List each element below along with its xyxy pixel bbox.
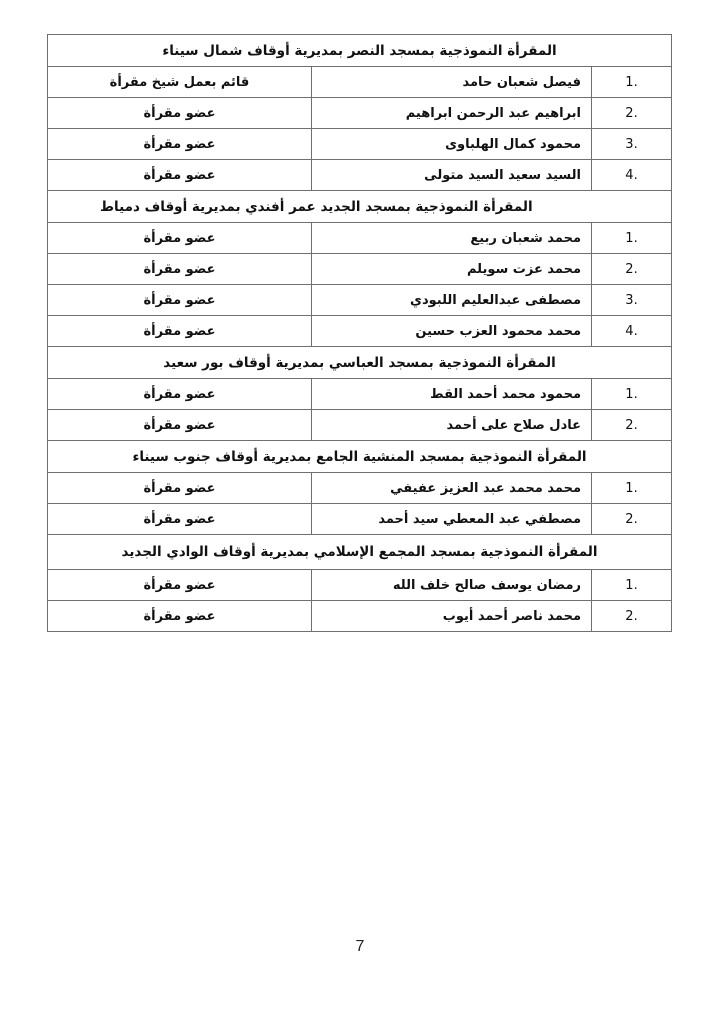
member-name: عادل صلاح على أحمد — [312, 410, 592, 441]
member-role-text: عضو مقرأة — [105, 324, 255, 339]
member-role-text: عضو مقرأة — [105, 168, 255, 183]
table-row: 3. مصطفى عبدالعليم اللبودي عضو مقرأة — [48, 285, 672, 316]
member-role-text: عضو مقرأة — [105, 512, 255, 527]
member-name: محمد شعبان ربيع — [312, 223, 592, 254]
member-name: مصطفى عبدالعليم اللبودي — [312, 285, 592, 316]
row-number: 2. — [592, 254, 672, 285]
row-number: 3. — [592, 129, 672, 160]
row-number: 1. — [592, 223, 672, 254]
section-header: المقرأة النموذجية بمسجد المجمع الإسلامي … — [48, 535, 672, 570]
section-title: المقرأة النموذجية بمسجد المجمع الإسلامي … — [48, 535, 672, 570]
row-number: 2. — [592, 504, 672, 535]
row-number: 2. — [592, 410, 672, 441]
member-role: عضو مقرأة — [48, 285, 312, 316]
section-header: المقرأة النموذجية بمسجد العباسي بمديرية … — [48, 347, 672, 379]
members-table: المقرأة النموذجية بمسجد النصر بمديرية أو… — [47, 34, 672, 632]
row-number: 1. — [592, 570, 672, 601]
member-role-text: عضو مقرأة — [105, 106, 255, 121]
row-number: 1. — [592, 67, 672, 98]
member-role-text: قائم بعمل شيخ مقرأة — [105, 75, 255, 90]
member-name: ابراهيم عبد الرحمن ابراهيم — [312, 98, 592, 129]
table-row: 2. عادل صلاح على أحمد عضو مقرأة — [48, 410, 672, 441]
member-role: عضو مقرأة — [48, 473, 312, 504]
member-role-text: عضو مقرأة — [105, 293, 255, 308]
member-name: محمد ناصر أحمد أيوب — [312, 601, 592, 632]
member-role: عضو مقرأة — [48, 601, 312, 632]
section-title: المقرأة النموذجية بمسجد العباسي بمديرية … — [48, 347, 672, 379]
member-role: عضو مقرأة — [48, 316, 312, 347]
section-header: المقرأة النموذجية بمسجد النصر بمديرية أو… — [48, 35, 672, 67]
section-header: المقرأة النموذجية بمسجد الجديد عمر أفندي… — [48, 191, 672, 223]
member-role-text: عضو مقرأة — [105, 137, 255, 152]
row-number: 4. — [592, 160, 672, 191]
member-role: عضو مقرأة — [48, 570, 312, 601]
member-role-text: عضو مقرأة — [105, 609, 255, 624]
table-row: 2. محمد عزت سويلم عضو مقرأة — [48, 254, 672, 285]
member-role: عضو مقرأة — [48, 129, 312, 160]
member-name: محمد محمود العزب حسين — [312, 316, 592, 347]
member-role-text: عضو مقرأة — [105, 481, 255, 496]
table-row: 3. محمود كمال الهلباوى عضو مقرأة — [48, 129, 672, 160]
member-role-text: عضو مقرأة — [105, 231, 255, 246]
section-title: المقرأة النموذجية بمسجد المنشية الجامع ب… — [48, 441, 672, 473]
table-row: 2. محمد ناصر أحمد أيوب عضو مقرأة — [48, 601, 672, 632]
table-row: 2. ابراهيم عبد الرحمن ابراهيم عضو مقرأة — [48, 98, 672, 129]
member-role: عضو مقرأة — [48, 254, 312, 285]
section-title: المقرأة النموذجية بمسجد النصر بمديرية أو… — [48, 35, 672, 67]
row-number: 2. — [592, 601, 672, 632]
row-number: 4. — [592, 316, 672, 347]
member-role: عضو مقرأة — [48, 504, 312, 535]
member-role-text: عضو مقرأة — [105, 262, 255, 277]
member-role: عضو مقرأة — [48, 379, 312, 410]
table-row: 1. محمد محمد عبد العزيز عفيفي عضو مقرأة — [48, 473, 672, 504]
member-name: السيد سعيد السيد متولى — [312, 160, 592, 191]
section-header: المقرأة النموذجية بمسجد المنشية الجامع ب… — [48, 441, 672, 473]
member-name: محمود محمد أحمد القط — [312, 379, 592, 410]
member-name: رمضان يوسف صالح خلف الله — [312, 570, 592, 601]
member-role: عضو مقرأة — [48, 223, 312, 254]
member-role: عضو مقرأة — [48, 160, 312, 191]
member-role-text: عضو مقرأة — [105, 578, 255, 593]
member-role-text: عضو مقرأة — [105, 418, 255, 433]
row-number: 1. — [592, 473, 672, 504]
table-row: 1. فيصل شعبان حامد قائم بعمل شيخ مقرأة — [48, 67, 672, 98]
member-name: محمود كمال الهلباوى — [312, 129, 592, 160]
section-title: المقرأة النموذجية بمسجد الجديد عمر أفندي… — [48, 191, 672, 223]
row-number: 2. — [592, 98, 672, 129]
member-name: محمد عزت سويلم — [312, 254, 592, 285]
table-row: 1. محمود محمد أحمد القط عضو مقرأة — [48, 379, 672, 410]
row-number: 3. — [592, 285, 672, 316]
member-name: محمد محمد عبد العزيز عفيفي — [312, 473, 592, 504]
row-number: 1. — [592, 379, 672, 410]
table-row: 2. مصطفي عبد المعطي سيد أحمد عضو مقرأة — [48, 504, 672, 535]
member-role-text: عضو مقرأة — [105, 387, 255, 402]
member-name: مصطفي عبد المعطي سيد أحمد — [312, 504, 592, 535]
table-row: 1. رمضان يوسف صالح خلف الله عضو مقرأة — [48, 570, 672, 601]
member-role: عضو مقرأة — [48, 98, 312, 129]
member-role: قائم بعمل شيخ مقرأة — [48, 67, 312, 98]
table-row: 4. محمد محمود العزب حسين عضو مقرأة — [48, 316, 672, 347]
table-row: 1. محمد شعبان ربيع عضو مقرأة — [48, 223, 672, 254]
table-row: 4. السيد سعيد السيد متولى عضو مقرأة — [48, 160, 672, 191]
page-number: 7 — [0, 938, 720, 956]
member-name: فيصل شعبان حامد — [312, 67, 592, 98]
member-role: عضو مقرأة — [48, 410, 312, 441]
